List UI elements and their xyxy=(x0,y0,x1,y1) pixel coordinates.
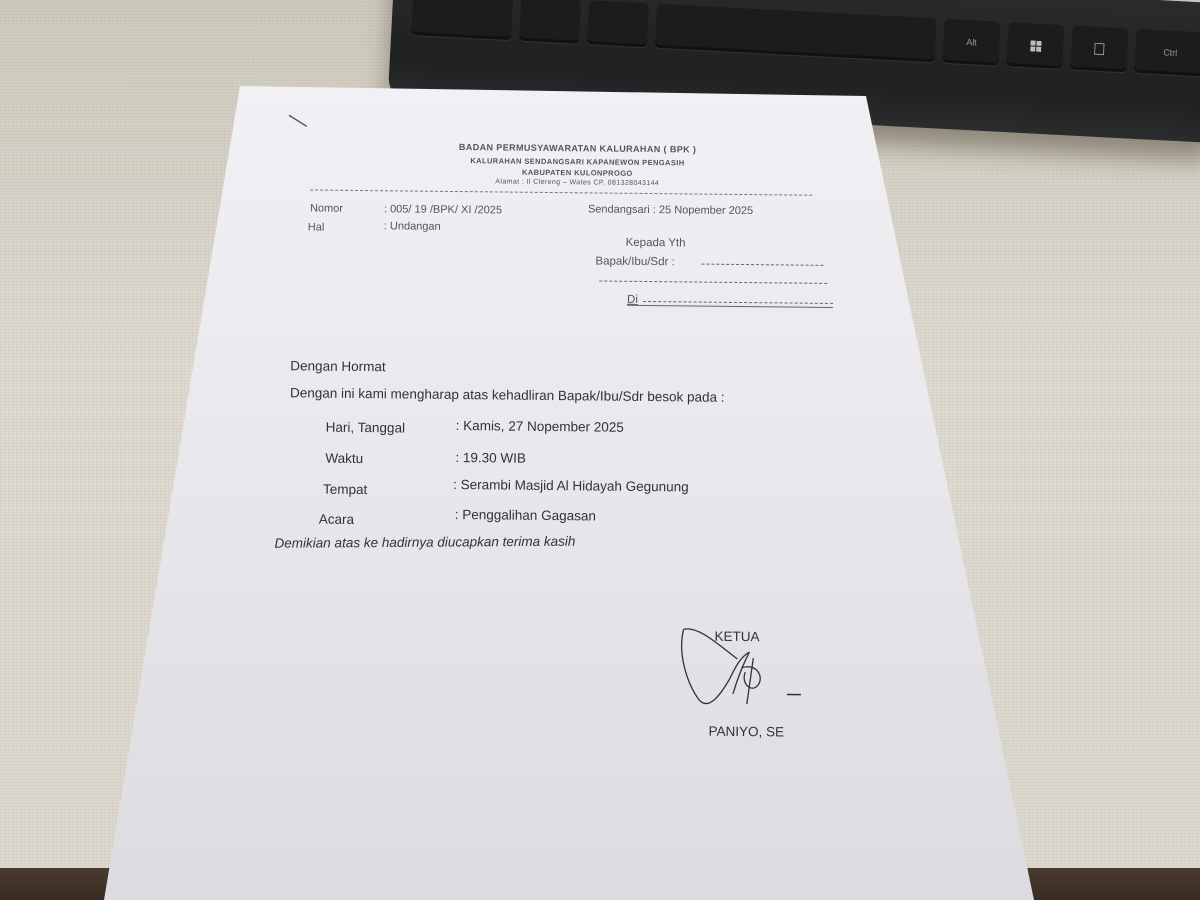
keyboard-key xyxy=(587,0,649,47)
detail-label-event: Acara xyxy=(319,512,354,527)
detail-value-place: : Serambi Masjid Al Hidayah Gegunung xyxy=(453,477,689,494)
hal-value: : Undangan xyxy=(384,220,441,233)
recipient-line-2 xyxy=(599,281,827,284)
recipient-line xyxy=(701,264,823,266)
pen-mark-icon xyxy=(287,113,317,133)
recipient-underline xyxy=(627,305,833,308)
hal-label: Hal xyxy=(308,221,325,233)
windows-key-icon xyxy=(1006,22,1064,69)
closing-text: Demikian atas ke hadirnya diucapkan teri… xyxy=(274,534,575,551)
keyboard-key xyxy=(411,0,513,40)
letterhead-divider xyxy=(310,189,812,195)
detail-label-date: Hari, Tanggal xyxy=(326,420,405,436)
nomor-value: : 005/ 19 /BPK/ XI /2025 xyxy=(384,203,502,216)
keyboard-key-alt: Alt xyxy=(942,19,1000,66)
signature-icon xyxy=(677,623,808,724)
greeting: Dengan Hormat xyxy=(290,358,385,374)
keyboard-key-ctrl: Ctrl xyxy=(1134,29,1200,77)
letterhead-org: BADAN PERMUSYAWARATAN KALURAHAN ( BPK ) xyxy=(343,141,813,156)
recipient-salutation: Bapak/Ibu/Sdr : xyxy=(595,255,674,268)
keyboard-key xyxy=(519,0,581,44)
recipient-kepada: Kepada Yth xyxy=(626,237,686,250)
detail-label-place: Tempat xyxy=(323,482,367,497)
detail-value-time: : 19.30 WIB xyxy=(455,450,526,466)
detail-label-time: Waktu xyxy=(325,451,363,466)
keyboard-spacebar xyxy=(655,4,937,63)
intro-text: Dengan ini kami mengharap atas kehadlira… xyxy=(290,385,725,405)
detail-value-event: : Penggalihan Gagasan xyxy=(455,507,596,523)
detail-value-date: : Kamis, 27 Nopember 2025 xyxy=(456,418,624,435)
nomor-label: Nomor xyxy=(310,202,343,214)
recipient-address-line xyxy=(643,301,833,304)
signatory-name: PANIYO, SE xyxy=(708,724,784,740)
menu-key-icon xyxy=(1070,26,1128,73)
place-date: Sendangsari : 25 Nopember 2025 xyxy=(588,203,753,217)
